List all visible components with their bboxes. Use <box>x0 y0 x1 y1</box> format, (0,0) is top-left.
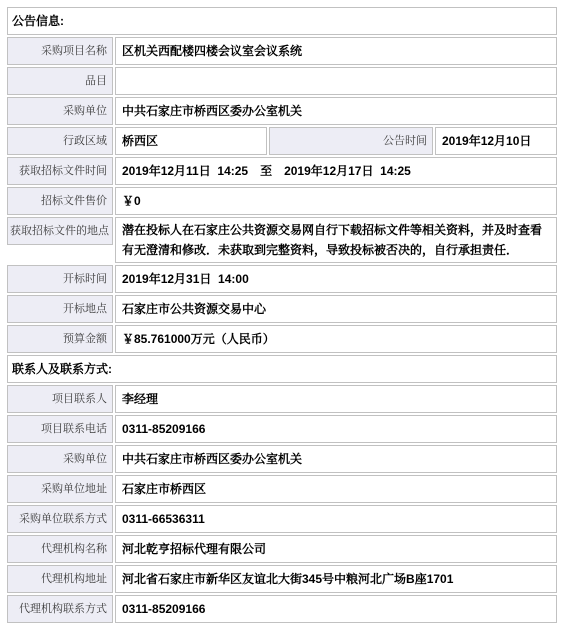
value-agency-contact: 0311-85209166 <box>115 595 557 623</box>
value-contact-purchaser: 中共石家庄市桥西区委办公室机关 <box>115 445 557 473</box>
row-budget: 预算金额 ￥85.761000万元（人民币） <box>7 325 557 353</box>
label-doc-time: 获取招标文件时间 <box>7 157 113 185</box>
label-doc-price: 招标文件售价 <box>7 187 113 215</box>
label-contact-person: 项目联系人 <box>7 385 113 413</box>
value-purchaser-contact: 0311-66536311 <box>115 505 557 533</box>
row-purchaser: 采购单位 中共石家庄市桥西区委办公室机关 <box>7 97 557 125</box>
value-doc-place: 潜在投标人在石家庄公共资源交易网自行下载招标文件等相关资料，并及时查看有无澄清和… <box>115 217 557 263</box>
row-agency-address: 代理机构地址 河北省石家庄市新华区友谊北大街345号中粮河北广场B座1701 <box>7 565 557 593</box>
value-announce-time: 2019年12月10日 14:43 <box>435 127 557 155</box>
value-purchaser-address: 石家庄市桥西区 <box>115 475 557 503</box>
value-open-time: 2019年12月31日 14:00 <box>115 265 557 293</box>
value-project-name: 区机关西配楼四楼会议室会议系统 <box>115 37 557 65</box>
label-open-time: 开标时间 <box>7 265 113 293</box>
row-doc-time: 获取招标文件时间 2019年12月11日 14:25 至 2019年12月17日… <box>7 157 557 185</box>
label-announce-time: 公告时间 <box>269 127 433 155</box>
label-project-name: 采购项目名称 <box>7 37 113 65</box>
value-doc-price: ￥0 <box>115 187 557 215</box>
row-contact-phone: 项目联系电话 0311-85209166 <box>7 415 557 443</box>
value-category <box>115 67 557 95</box>
row-doc-place: 获取招标文件的地点 潜在投标人在石家庄公共资源交易网自行下载招标文件等相关资料，… <box>7 217 557 263</box>
row-open-time: 开标时间 2019年12月31日 14:00 <box>7 265 557 293</box>
row-contact-person: 项目联系人 李经理 <box>7 385 557 413</box>
value-contact-person: 李经理 <box>115 385 557 413</box>
label-purchaser: 采购单位 <box>7 97 113 125</box>
announcement-table: 公告信息: 采购项目名称 区机关西配楼四楼会议室会议系统 品目 采购单位 中共石… <box>7 7 557 623</box>
label-region: 行政区域 <box>7 127 113 155</box>
value-agency-name: 河北乾亨招标代理有限公司 <box>115 535 557 563</box>
label-open-place: 开标地点 <box>7 295 113 323</box>
section-header-announcement: 公告信息: <box>7 7 557 35</box>
row-project-name: 采购项目名称 区机关西配楼四楼会议室会议系统 <box>7 37 557 65</box>
row-region-announce-time: 行政区域 桥西区 公告时间 2019年12月10日 14:43 <box>7 127 557 155</box>
label-contact-purchaser: 采购单位 <box>7 445 113 473</box>
value-agency-address: 河北省石家庄市新华区友谊北大街345号中粮河北广场B座1701 <box>115 565 557 593</box>
value-region: 桥西区 <box>115 127 267 155</box>
row-contact-purchaser: 采购单位 中共石家庄市桥西区委办公室机关 <box>7 445 557 473</box>
row-doc-price: 招标文件售价 ￥0 <box>7 187 557 215</box>
value-doc-time: 2019年12月11日 14:25 至 2019年12月17日 14:25 <box>115 157 557 185</box>
value-budget: ￥85.761000万元（人民币） <box>115 325 557 353</box>
label-budget: 预算金额 <box>7 325 113 353</box>
label-agency-contact: 代理机构联系方式 <box>7 595 113 623</box>
row-agency-name: 代理机构名称 河北乾亨招标代理有限公司 <box>7 535 557 563</box>
label-doc-place: 获取招标文件的地点 <box>7 217 113 245</box>
label-agency-name: 代理机构名称 <box>7 535 113 563</box>
label-purchaser-contact: 采购单位联系方式 <box>7 505 113 533</box>
value-open-place: 石家庄市公共资源交易中心 <box>115 295 557 323</box>
row-purchaser-address: 采购单位地址 石家庄市桥西区 <box>7 475 557 503</box>
row-purchaser-contact: 采购单位联系方式 0311-66536311 <box>7 505 557 533</box>
row-agency-contact: 代理机构联系方式 0311-85209166 <box>7 595 557 623</box>
row-open-place: 开标地点 石家庄市公共资源交易中心 <box>7 295 557 323</box>
label-agency-address: 代理机构地址 <box>7 565 113 593</box>
label-category: 品目 <box>7 67 113 95</box>
row-category: 品目 <box>7 67 557 95</box>
page: 公告信息: 采购项目名称 区机关西配楼四楼会议室会议系统 品目 采购单位 中共石… <box>0 0 568 630</box>
section-header-contact: 联系人及联系方式: <box>7 355 557 383</box>
value-contact-phone: 0311-85209166 <box>115 415 557 443</box>
label-contact-phone: 项目联系电话 <box>7 415 113 443</box>
value-purchaser: 中共石家庄市桥西区委办公室机关 <box>115 97 557 125</box>
label-purchaser-address: 采购单位地址 <box>7 475 113 503</box>
